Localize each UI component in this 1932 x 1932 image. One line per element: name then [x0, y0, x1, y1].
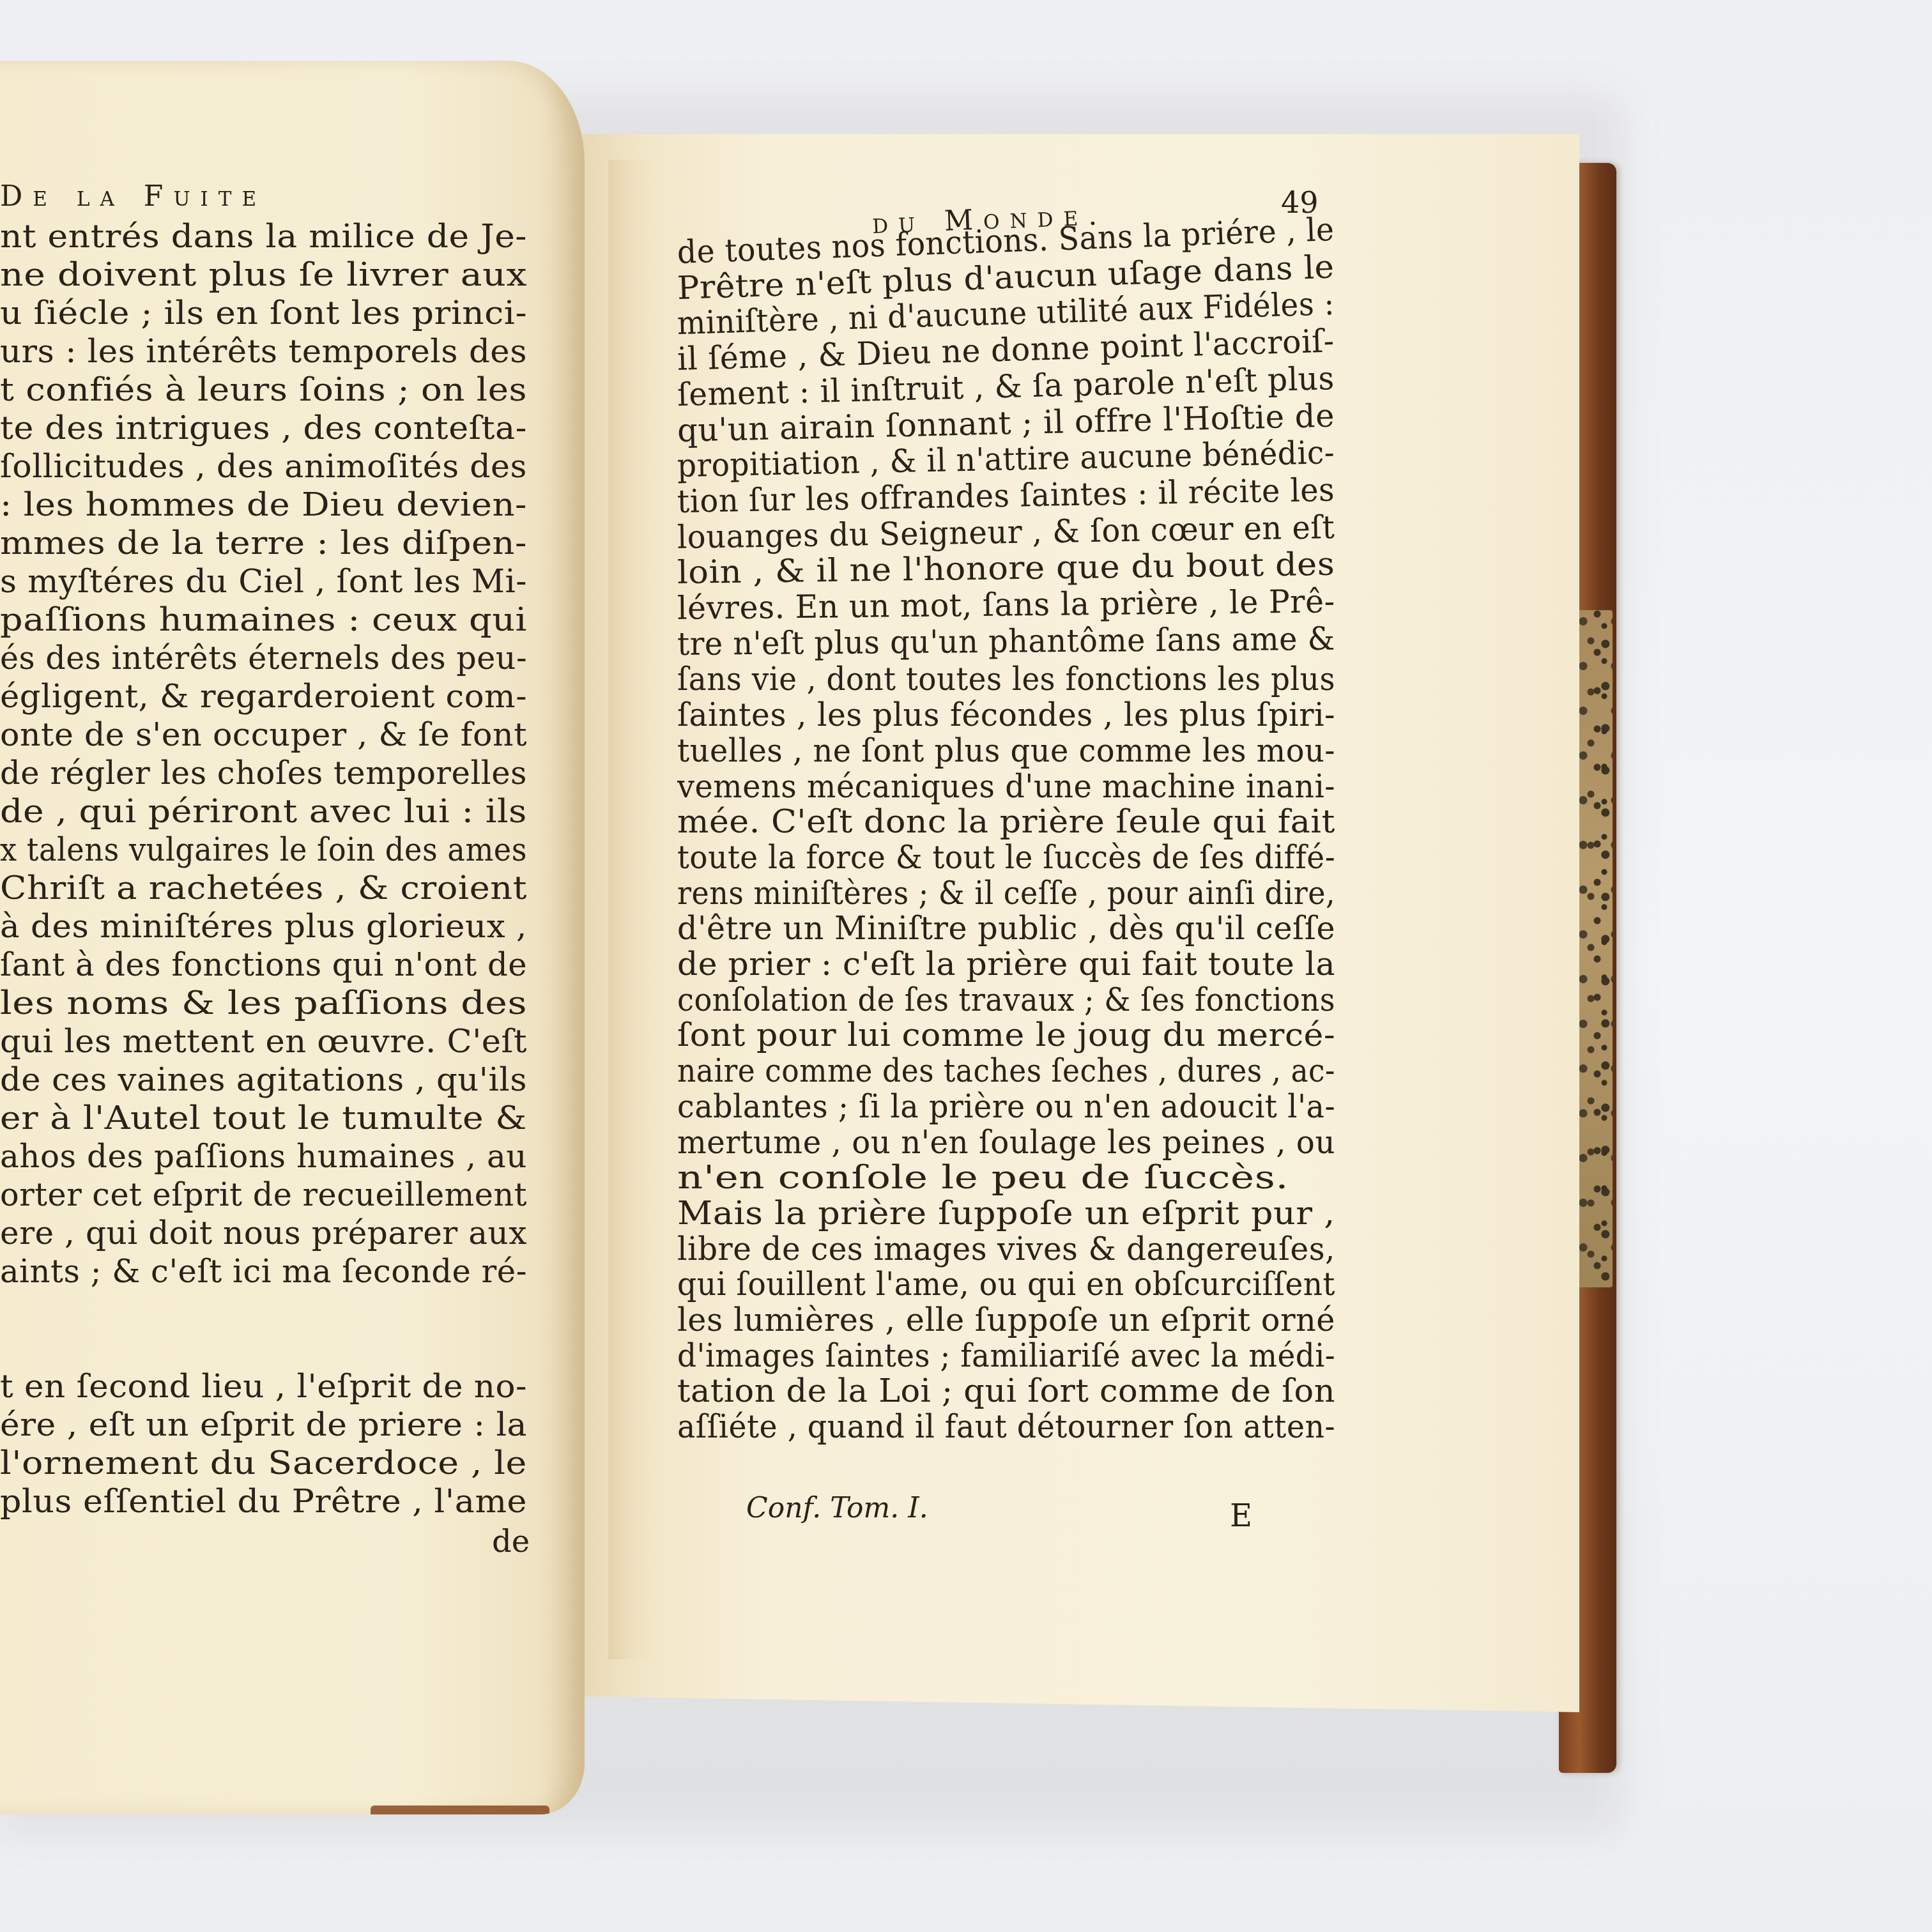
- text-line: les noms & les paſſions des: [0, 987, 527, 1019]
- text-line: onte de s'en occuper , & ſe font: [0, 719, 527, 751]
- text-line: de ces vaines agitations , qu'ils: [0, 1064, 527, 1096]
- left-page-text: De la Fuite nt entrés dans la milice de …: [0, 0, 1932, 1932]
- text-line: de , qui périront avec lui : ils: [0, 795, 527, 827]
- text-line: égligent, & regarderoient com-: [0, 680, 527, 712]
- text-line: urs : les intérêts temporels des: [0, 335, 527, 367]
- text-line: ére , eſt un eſprit de priere : la: [0, 1409, 527, 1441]
- text-line: te des intrigues , des conteſta-: [0, 412, 527, 444]
- text-line: nt entrés dans la milice de Je-: [0, 220, 527, 252]
- text-line: mmes de la terre : les diſpen-: [0, 527, 527, 559]
- left-running-head: De la Fuite: [0, 180, 266, 213]
- text-line: t en ſecond lieu , l'eſprit de no-: [0, 1370, 527, 1402]
- text-line: de régler les choſes temporelles: [0, 757, 527, 789]
- text-line: orter cet eſprit de recueillement: [0, 1179, 527, 1211]
- text-line: ere , qui doit nous préparer aux: [0, 1217, 527, 1249]
- catchword: de: [492, 1524, 530, 1560]
- text-line: s myſtéres du Ciel , ſont les Mi-: [0, 565, 527, 597]
- photo-scene: du Monde. 49 de toutes nos fonctions. Sa…: [0, 0, 1932, 1932]
- text-line: er à l'Autel tout le tumulte &: [0, 1102, 527, 1134]
- text-line: à des miniſtéres plus glorieux ,: [0, 910, 527, 942]
- text-line: plus eſſentiel du Prêtre , l'ame: [0, 1485, 527, 1517]
- text-line: ſollicitudes , des animoſités des: [0, 450, 527, 482]
- text-line: : les hommes de Dieu devien-: [0, 489, 527, 521]
- text-line: aints ; & c'eſt ici ma ſeconde ré-: [0, 1255, 527, 1287]
- text-line: l'ornement du Sacerdoce , le: [0, 1447, 527, 1479]
- text-line: és des intérêts éternels des peu-: [0, 642, 527, 674]
- text-line: ahos des paſſions humaines , au: [0, 1140, 527, 1172]
- text-line: t confiés à leurs ſoins ; on les: [0, 374, 527, 406]
- text-line: ne doivent plus ſe livrer aux: [0, 259, 527, 291]
- text-line: ſant à des fonctions qui n'ont de: [0, 949, 527, 981]
- text-line: Chriſt a rachetées , & croient: [0, 872, 527, 904]
- text-line: x talens vulgaires le ſoin des ames: [0, 834, 527, 866]
- text-line: u ſiécle ; ils en ſont les princi-: [0, 297, 527, 329]
- text-line: paſſions humaines : ceux qui: [0, 604, 527, 636]
- text-line: qui les mettent en œuvre. C'eſt: [0, 1025, 527, 1057]
